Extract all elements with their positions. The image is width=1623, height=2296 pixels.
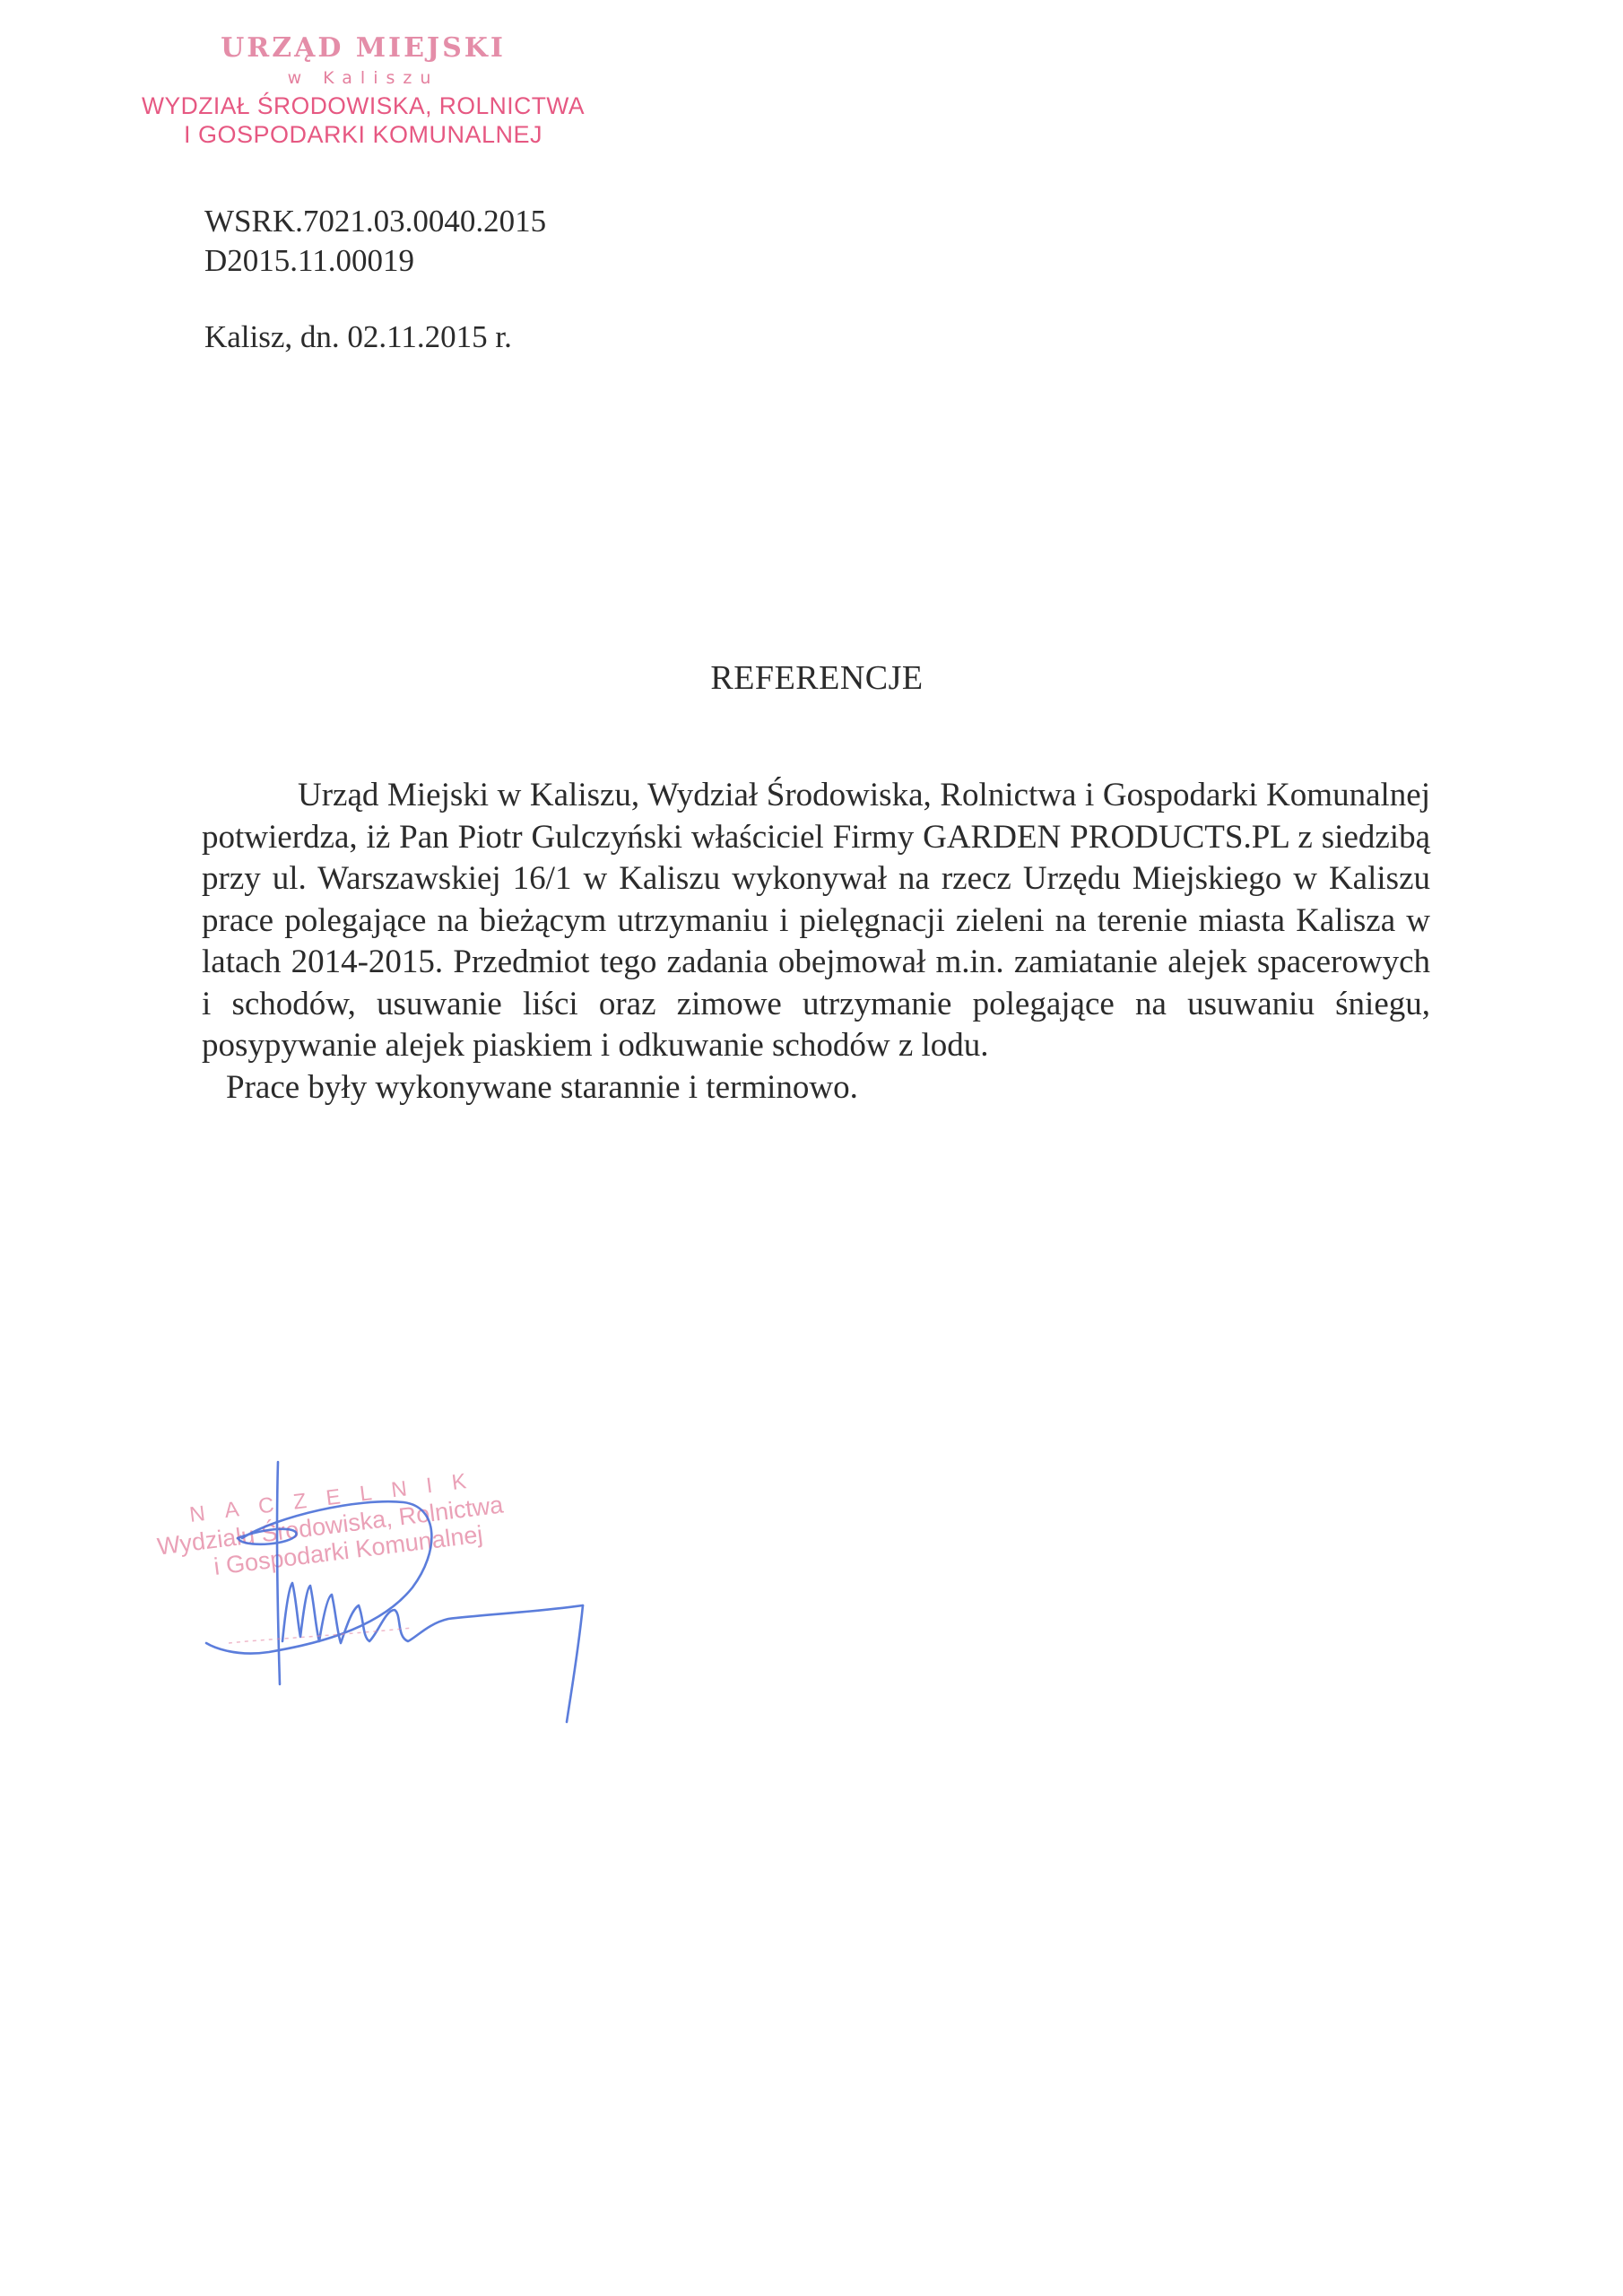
document-number: D2015.11.00019 <box>204 245 414 276</box>
stamp-department-cont: I GOSPODARKI KOMUNALNEJ <box>126 120 601 149</box>
stamp-department: WYDZIAŁ ŚRODOWISKA, ROLNICTWA <box>130 91 595 120</box>
body-paragraph-closing: Prace były wykonywane starannie i termin… <box>202 1067 1430 1109</box>
office-header-stamp: URZĄD MIEJSKI w Kaliszu WYDZIAŁ ŚRODOWIS… <box>126 32 601 149</box>
document-body: Urząd Miejski w Kaliszu, Wydział Środowi… <box>202 775 1430 1109</box>
document-title: REFERENCJE <box>0 661 1623 695</box>
stamp-city: w Kaliszu <box>126 65 601 91</box>
body-paragraph: Urząd Miejski w Kaliszu, Wydział Środowi… <box>202 775 1430 1067</box>
case-number: WSRK.7021.03.0040.2015 <box>204 205 546 237</box>
handwritten-signature <box>143 1453 610 1749</box>
place-and-date: Kalisz, dn. 02.11.2015 r. <box>204 321 512 352</box>
stamp-office-name: URZĄD MIEJSKI <box>126 32 601 65</box>
